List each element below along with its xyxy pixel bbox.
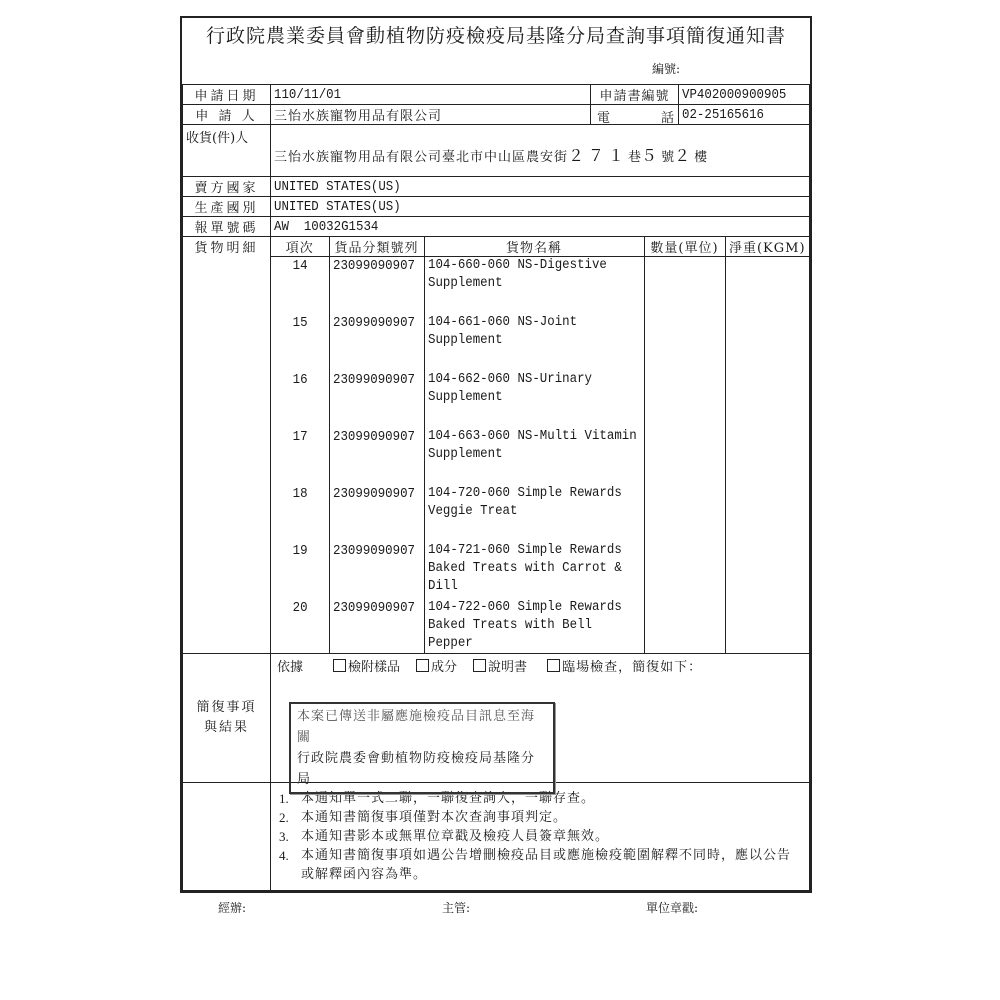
item-code-text: 23099090907 (333, 315, 415, 333)
item-no-text: 18 (292, 486, 307, 504)
item-weight (725, 314, 809, 371)
items-table: 項次 貨品分類號列 貨物名稱 數量(單位) 淨重(KGM) 1423099090… (271, 237, 809, 653)
item-name-line: Baked Treats with Bell (428, 617, 624, 635)
consignee-number: ５ (641, 146, 661, 165)
applicant-row: 申 請 人 三怡水族寵物用品有限公司 電 話 02-25165616 (183, 105, 810, 125)
option-sample-label: 檢附樣品 (348, 660, 400, 675)
item-qty (644, 314, 725, 371)
item-name-line: 104-720-060 Simple Rewards (428, 485, 624, 503)
phone-text: 02-25165616 (682, 108, 764, 123)
item-qty (644, 371, 725, 428)
note-number: 3. (279, 827, 301, 846)
stamp-line-2: 行政院農委會動植物防疫檢疫局基隆分局 (297, 748, 547, 790)
declaration-row: 報單號碼 AW 10032G1534 (183, 217, 810, 237)
item-name-line: 104-663-060 NS-Multi Vitamin (428, 428, 624, 446)
handler-label: 經辦: (218, 899, 246, 916)
notes-list: 1.本通知單一式二聯，一聯復查詢人，一聯存查。2.本通知書簡復事項僅對本次查詢事… (279, 789, 803, 884)
item-name: 104-721-060 Simple RewardsBaked Treats w… (424, 542, 644, 599)
result-label-line-1: 簡復事項 (186, 698, 267, 718)
item-code: 23099090907 (329, 257, 424, 315)
item-code: 23099090907 (329, 599, 424, 653)
item-name-line: 104-660-060 NS-Digestive (428, 257, 624, 275)
item-name-line: Veggie Treat (428, 503, 624, 521)
consignee-row: 收貨(件)人 三怡水族寵物用品有限公司臺北市中山區農安街２７１巷５號２樓 (183, 125, 810, 177)
item-qty (644, 485, 725, 542)
signature-footer: 經辦: 主管: 單位章戳: (180, 893, 812, 917)
applicant-label: 申 請 人 (183, 105, 271, 125)
item-row: 1423099090907104-660-060 NS-DigestiveSup… (271, 257, 809, 315)
item-no-text: 17 (292, 429, 307, 447)
result-cell: 依據 檢附樣品 成分 說明書 臨場檢查，簡復如下： 本案已傳送非屬應施檢疫品目訊… (271, 654, 810, 783)
unit-seal-label: 單位章戳: (646, 899, 698, 916)
result-row: 簡復事項 與結果 依據 檢附樣品 成分 說明書 臨場檢查，簡復如下： 本案已傳送… (183, 654, 810, 783)
consignee-lane-label: 巷 (628, 150, 641, 165)
item-name-line: Supplement (428, 446, 624, 464)
application-no-label: 申請書編號 (591, 85, 679, 105)
origin-country-label: 生產國別 (183, 197, 271, 217)
item-code-text: 23099090907 (333, 258, 415, 276)
item-no-text: 20 (292, 600, 307, 618)
item-code: 23099090907 (329, 314, 424, 371)
col-header-qty: 數量(單位) (644, 237, 725, 257)
note-item: 2.本通知書簡復事項僅對本次查詢事項判定。 (279, 808, 803, 827)
consignee-lane-no: ２７１ (568, 146, 628, 165)
checkbox-onsite[interactable] (547, 659, 560, 672)
item-qty (644, 599, 725, 653)
item-row: 1523099090907104-661-060 NS-JointSupplem… (271, 314, 809, 371)
consignee-name: 三怡水族寵物用品有限公司臺北市中山區農安街 (274, 150, 568, 165)
item-qty (644, 428, 725, 485)
goods-label: 貨物明細 (183, 237, 271, 654)
note-text: 本通知書影本或無單位章戳及檢疫人員簽章無效。 (301, 827, 803, 846)
goods-row: 貨物明細 項次 貨品分類號列 貨物名稱 數量(單位) 淨重(KGM) (183, 237, 810, 654)
item-name-line: Dill (428, 578, 624, 596)
item-code-text: 23099090907 (333, 486, 415, 504)
seller-country-row: 賣方國家 UNITED STATES(US) (183, 177, 810, 197)
item-name: 104-662-060 NS-UrinarySupplement (424, 371, 644, 428)
origin-country-text: UNITED STATES(US) (274, 200, 401, 215)
item-weight (725, 542, 809, 599)
item-name: 104-661-060 NS-JointSupplement (424, 314, 644, 371)
apply-date-label: 申請日期 (183, 85, 271, 105)
item-row: 1623099090907104-662-060 NS-UrinarySuppl… (271, 371, 809, 428)
info-table: 申請日期 110/11/01 申請書編號 VP402000900905 申 請 … (182, 84, 810, 891)
applicant-value: 三怡水族寵物用品有限公司 (271, 105, 591, 125)
document-frame: 行政院農業委員會動植物防疫檢疫局基隆分局查詢事項簡復通知書 編號: 申請日期 1… (180, 16, 812, 893)
phone-value: 02-25165616 (679, 105, 810, 125)
basis-label: 依據 (277, 656, 303, 675)
application-no-text: VP402000900905 (682, 88, 786, 103)
item-no: 19 (271, 542, 329, 599)
consignee-label: 收貨(件)人 (183, 125, 271, 177)
col-header-code: 貨品分類號列 (329, 237, 424, 257)
declaration-no-value: AW 10032G1534 (271, 217, 810, 237)
item-no: 14 (271, 257, 329, 315)
item-name-line: Supplement (428, 275, 624, 293)
consignee-value: 三怡水族寵物用品有限公司臺北市中山區農安街２７１巷５號２樓 (271, 125, 810, 177)
items-body: 1423099090907104-660-060 NS-DigestiveSup… (271, 257, 809, 654)
col-header-name: 貨物名稱 (424, 237, 644, 257)
item-row: 1823099090907104-720-060 Simple RewardsV… (271, 485, 809, 542)
item-code-text: 23099090907 (333, 600, 415, 618)
consignee-floor: ２ (674, 146, 694, 165)
item-name: 104-722-060 Simple RewardsBaked Treats w… (424, 599, 644, 653)
phone-label: 電 話 (591, 105, 679, 125)
item-code: 23099090907 (329, 542, 424, 599)
item-name: 104-720-060 Simple RewardsVeggie Treat (424, 485, 644, 542)
item-weight (725, 599, 809, 653)
items-header-row: 項次 貨品分類號列 貨物名稱 數量(單位) 淨重(KGM) (271, 237, 809, 257)
stamp-line-1: 本案已傳送非屬應施檢疫品目訊息至海關 (297, 706, 547, 748)
item-code: 23099090907 (329, 371, 424, 428)
apply-date-text: 110/11/01 (274, 88, 341, 103)
item-no-text: 16 (292, 372, 307, 390)
inquiry-reply-notice: 行政院農業委員會動植物防疫檢疫局基隆分局查詢事項簡復通知書 編號: 申請日期 1… (180, 16, 812, 917)
option-onsite[interactable]: 臨場檢查，簡復如下： (547, 656, 702, 675)
option-ingredients-label: 成分 (431, 660, 457, 675)
item-name-line: 104-662-060 NS-Urinary (428, 371, 624, 389)
apply-date-row: 申請日期 110/11/01 申請書編號 VP402000900905 (183, 85, 810, 105)
item-weight (725, 371, 809, 428)
apply-date-value: 110/11/01 (271, 85, 591, 105)
item-name: 104-660-060 NS-DigestiveSupplement (424, 257, 644, 315)
goods-cell: 項次 貨品分類號列 貨物名稱 數量(單位) 淨重(KGM) 1423099090… (271, 237, 810, 654)
item-code: 23099090907 (329, 485, 424, 542)
declaration-no-text: AW 10032G1534 (274, 220, 378, 235)
application-no-value: VP402000900905 (679, 85, 810, 105)
item-row: 1923099090907104-721-060 Simple RewardsB… (271, 542, 809, 599)
consignee-floor-label: 樓 (694, 150, 707, 165)
item-qty (644, 542, 725, 599)
note-text: 本通知書簡復事項如遇公告增刪檢疫品目或應施檢疫範圍解釋不同時，應以公告或解釋函內… (301, 846, 803, 884)
item-no-text: 19 (292, 543, 307, 561)
item-no: 15 (271, 314, 329, 371)
item-name-line: Supplement (428, 389, 624, 407)
phone-label-2: 話 (661, 107, 674, 126)
origin-country-row: 生產國別 UNITED STATES(US) (183, 197, 810, 217)
item-no: 20 (271, 599, 329, 653)
item-weight (725, 428, 809, 485)
col-header-no: 項次 (271, 237, 329, 257)
notes-row: 1.本通知單一式二聯，一聯復查詢人，一聯存查。2.本通知書簡復事項僅對本次查詢事… (183, 783, 810, 891)
item-row: 2023099090907104-722-060 Simple RewardsB… (271, 599, 809, 653)
checkbox-ingredients[interactable] (416, 659, 429, 672)
phone-label-1: 電 (597, 107, 610, 126)
item-no: 16 (271, 371, 329, 428)
notes-cell: 1.本通知單一式二聯，一聯復查詢人，一聯存查。2.本通知書簡復事項僅對本次查詢事… (271, 783, 810, 891)
col-header-weight: 淨重(KGM) (725, 237, 809, 257)
option-manual-label: 說明書 (488, 660, 527, 675)
item-no-text: 14 (292, 258, 307, 276)
note-number: 2. (279, 808, 301, 827)
item-no: 17 (271, 428, 329, 485)
supervisor-label: 主管: (442, 899, 470, 916)
checkbox-sample[interactable] (333, 659, 346, 672)
checkbox-manual[interactable] (473, 659, 486, 672)
item-code-text: 23099090907 (333, 429, 415, 447)
consignee-number-label: 號 (661, 150, 674, 165)
seller-country-value: UNITED STATES(US) (271, 177, 810, 197)
document-title: 行政院農業委員會動植物防疫檢疫局基隆分局查詢事項簡復通知書 (182, 18, 810, 52)
result-label-line-2: 與結果 (186, 718, 267, 738)
item-name-line: 104-722-060 Simple Rewards (428, 599, 624, 617)
item-no: 18 (271, 485, 329, 542)
origin-country-value: UNITED STATES(US) (271, 197, 810, 217)
note-item: 3.本通知書影本或無單位章戳及檢疫人員簽章無效。 (279, 827, 803, 846)
item-name-line: Supplement (428, 332, 624, 350)
note-text: 本通知書簡復事項僅對本次查詢事項判定。 (301, 808, 803, 827)
option-onsite-label: 臨場檢查，簡復如下： (562, 660, 702, 675)
item-weight (725, 257, 809, 315)
serial-row: 編號: (182, 52, 810, 84)
option-manual[interactable]: 說明書 (473, 656, 527, 675)
item-name-line: 104-661-060 NS-Joint (428, 314, 624, 332)
official-stamp: 本案已傳送非屬應施檢疫品目訊息至海關 行政院農委會動植物防疫檢疫局基隆分局 (289, 702, 555, 794)
item-qty (644, 257, 725, 315)
item-name-line: Baked Treats with Carrot & (428, 560, 624, 578)
basis-options: 依據 檢附樣品 成分 說明書 臨場檢查，簡復如下： (277, 656, 718, 675)
item-code: 23099090907 (329, 428, 424, 485)
item-code-text: 23099090907 (333, 543, 415, 561)
seller-country-label: 賣方國家 (183, 177, 271, 197)
declaration-no-label: 報單號碼 (183, 217, 271, 237)
item-name-line: Pepper (428, 635, 624, 653)
serial-label: 編號: (652, 60, 680, 77)
note-item: 4.本通知書簡復事項如遇公告增刪檢疫品目或應施檢疫範圍解釋不同時，應以公告或解釋… (279, 846, 803, 884)
item-weight (725, 485, 809, 542)
option-ingredients[interactable]: 成分 (416, 656, 457, 675)
notes-label-empty (183, 783, 271, 891)
option-sample[interactable]: 檢附樣品 (333, 656, 400, 675)
item-no-text: 15 (292, 315, 307, 333)
item-name: 104-663-060 NS-Multi VitaminSupplement (424, 428, 644, 485)
seller-country-text: UNITED STATES(US) (274, 180, 401, 195)
note-number: 4. (279, 846, 301, 884)
item-name-line: 104-721-060 Simple Rewards (428, 542, 624, 560)
item-row: 1723099090907104-663-060 NS-Multi Vitami… (271, 428, 809, 485)
result-label: 簡復事項 與結果 (183, 654, 271, 783)
item-code-text: 23099090907 (333, 372, 415, 390)
